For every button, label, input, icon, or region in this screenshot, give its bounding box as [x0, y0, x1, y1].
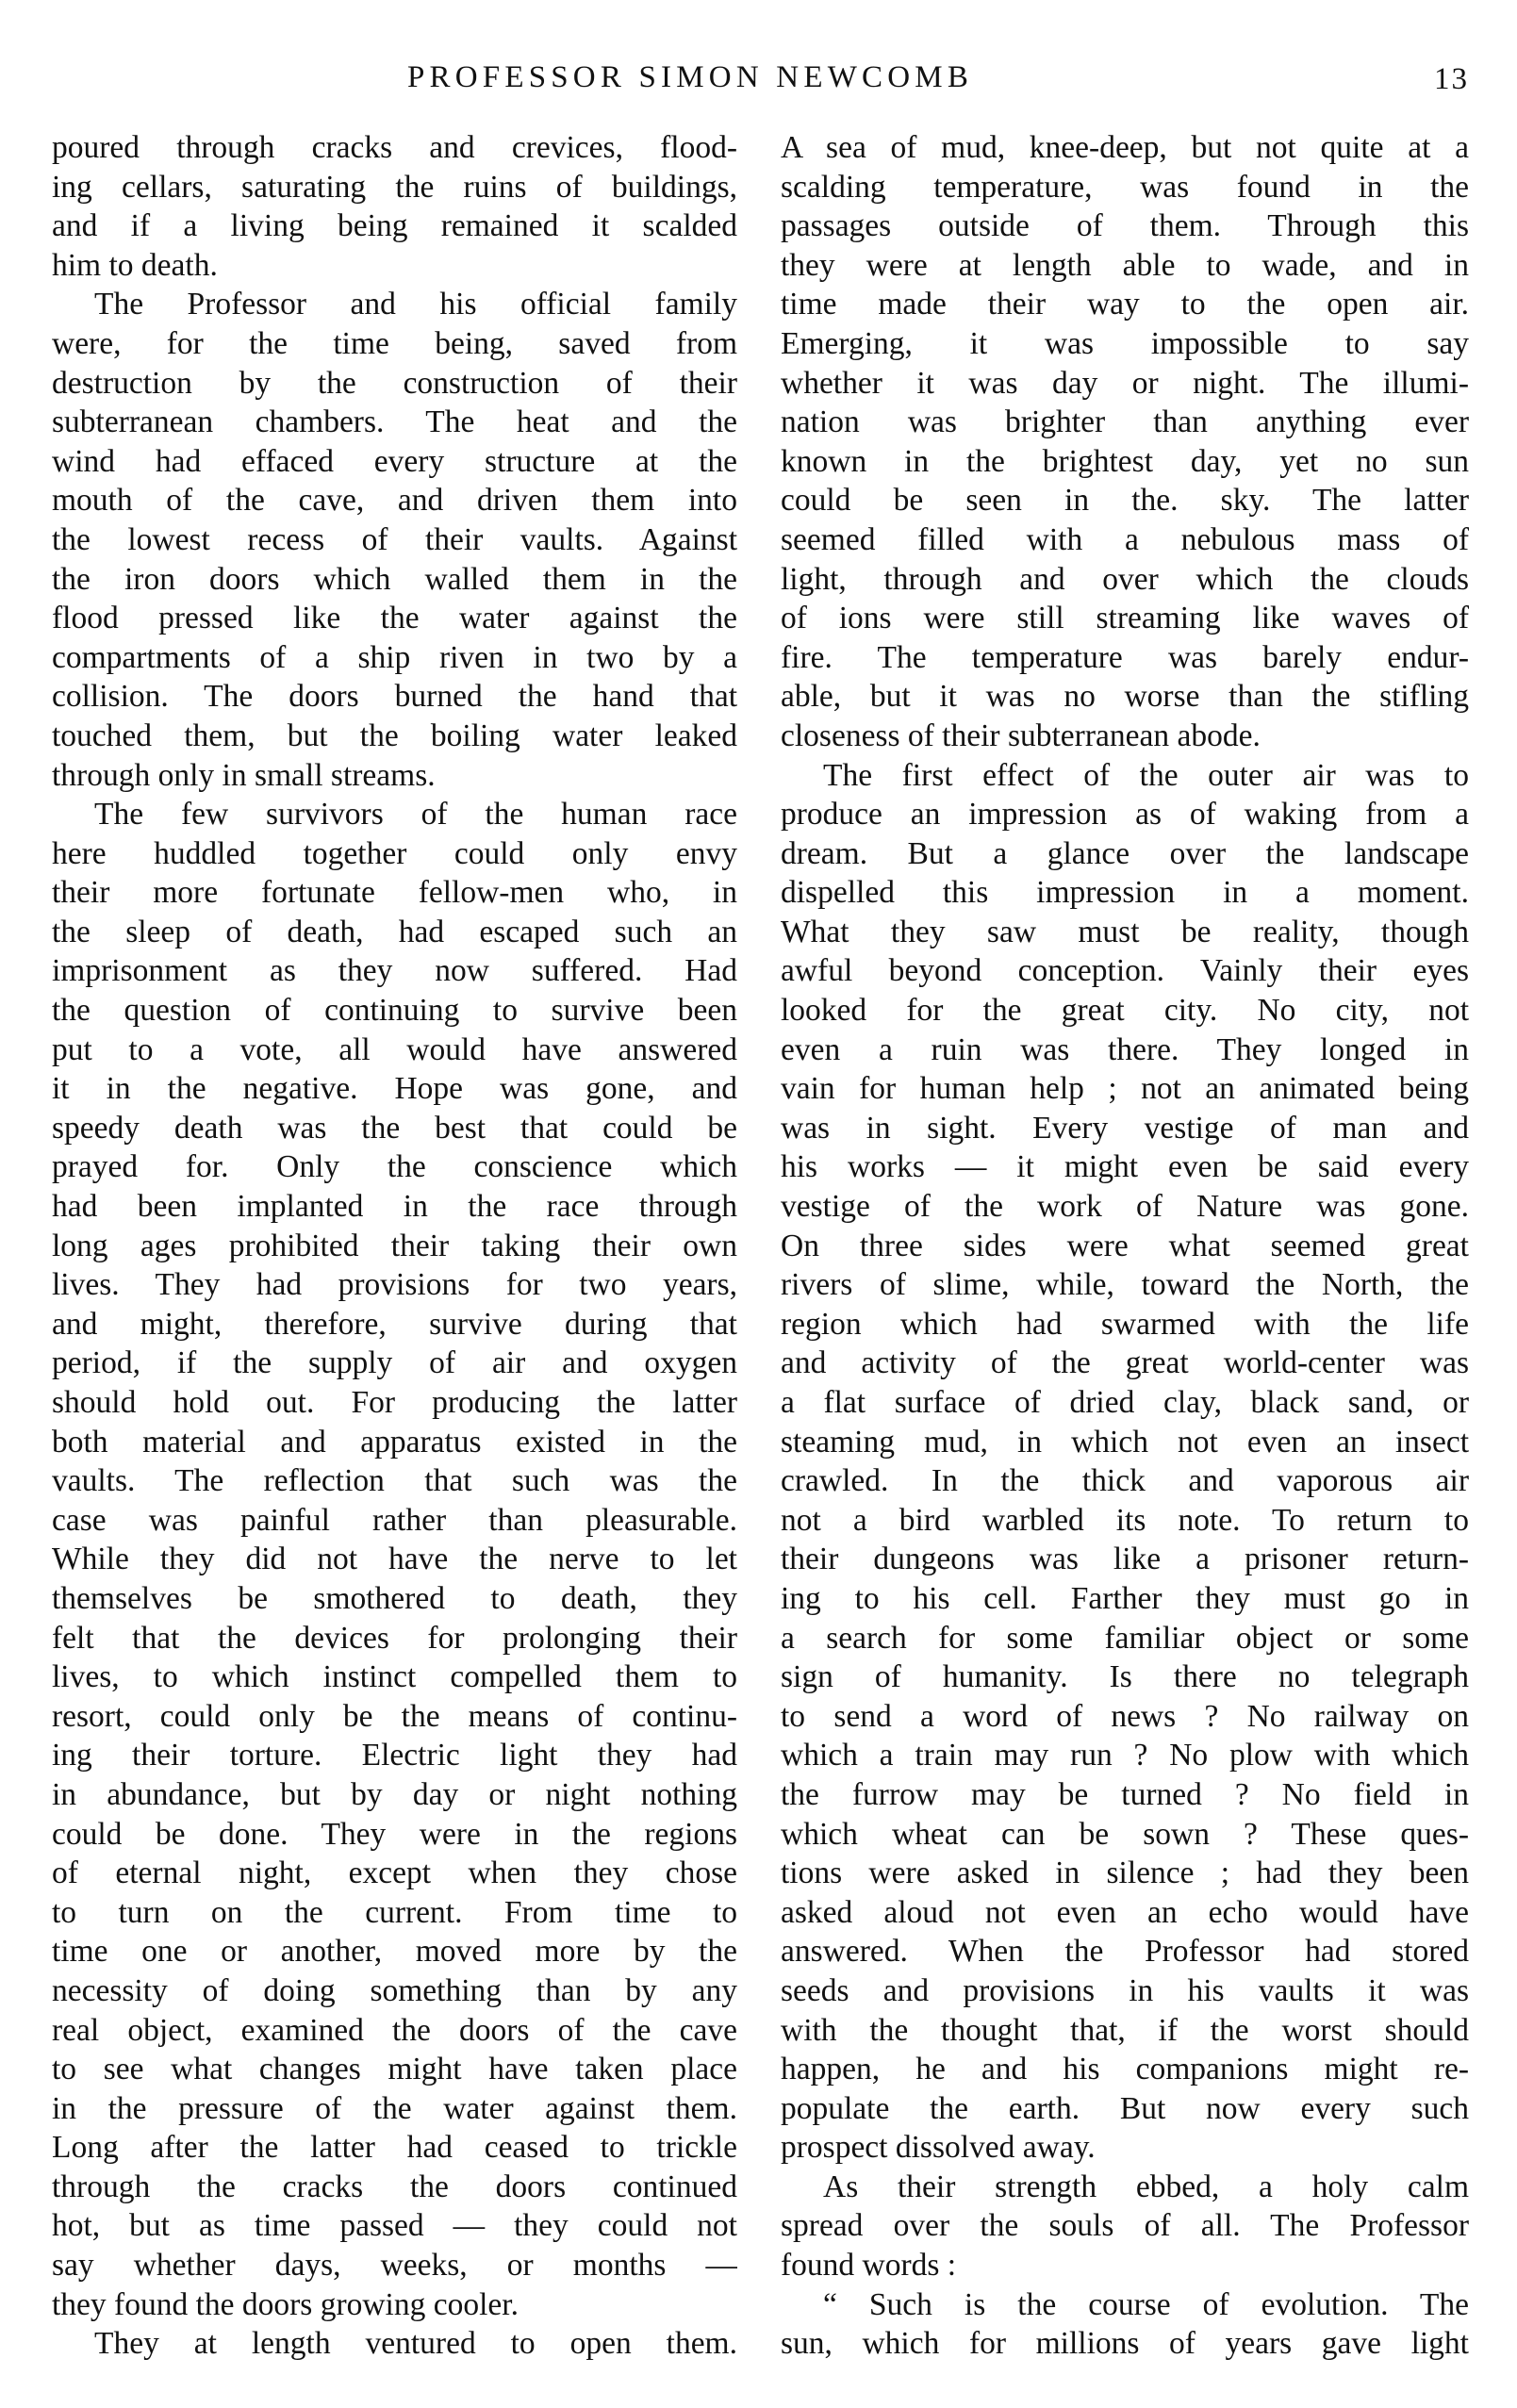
text-line: their dungeons was like a prisoner retur… [781, 1540, 1469, 1579]
text-line: collision. The doors burned the hand tha… [52, 677, 737, 717]
text-line: region which had swarmed with the life [781, 1305, 1469, 1344]
text-line: looked for the great city. No city, not [781, 991, 1469, 1031]
text-line: they were at length able to wade, and in [781, 246, 1469, 286]
text-line: rivers of slime, while, toward the North… [781, 1265, 1469, 1305]
text-line: and might, therefore, survive during tha… [52, 1305, 737, 1344]
text-line: put to a vote, all would have answered [52, 1031, 737, 1070]
text-line: to see what changes might have taken pla… [52, 2050, 737, 2089]
text-line: ing to his cell. Farther they must go in [781, 1579, 1469, 1619]
text-line: prayed for. Only the conscience which [52, 1147, 737, 1187]
text-line: As their strength ebbed, a holy calm [781, 2168, 1469, 2207]
text-line: sun, which for millions of years gave li… [781, 2324, 1469, 2364]
text-line: light, through and over which the clouds [781, 560, 1469, 600]
right-column: A sea of mud, knee-deep, but not quite a… [781, 128, 1469, 2364]
text-line: themselves be smothered to death, they [52, 1579, 737, 1619]
text-line: They at length ventured to open them. [52, 2324, 737, 2364]
text-line: case was painful rather than pleasurable… [52, 1501, 737, 1541]
text-line: both material and apparatus existed in t… [52, 1423, 737, 1462]
text-line: which wheat can be sown ? These ques- [781, 1815, 1469, 1855]
text-line: vaults. The reflection that such was the [52, 1461, 737, 1501]
text-line: long ages prohibited their taking their … [52, 1227, 737, 1266]
text-line: speedy death was the best that could be [52, 1109, 737, 1148]
text-line: spread over the souls of all. The Profes… [781, 2206, 1469, 2246]
text-line: “ Such is the course of evolution. The [781, 2285, 1469, 2325]
text-line: the iron doors which walled them in the [52, 560, 737, 600]
text-line: ing cellars, saturating the ruins of bui… [52, 168, 737, 207]
text-line: it in the negative. Hope was gone, and [52, 1069, 737, 1109]
text-line: resort, could only be the means of conti… [52, 1697, 737, 1737]
text-line: The Professor and his official family [52, 285, 737, 324]
text-line: of eternal night, except when they chose [52, 1854, 737, 1893]
text-line: say whether days, weeks, or months — [52, 2246, 737, 2285]
text-line: asked aloud not even an echo would have [781, 1893, 1469, 1933]
text-line: the sleep of death, had escaped such an [52, 913, 737, 952]
text-line: they found the doors growing cooler. [52, 2285, 737, 2325]
text-line: even a ruin was there. They longed in [781, 1031, 1469, 1070]
text-line: flood pressed like the water against the [52, 599, 737, 638]
text-line: imprisonment as they now suffered. Had [52, 951, 737, 991]
text-line: A sea of mud, knee-deep, but not quite a… [781, 128, 1469, 168]
text-line: touched them, but the boiling water leak… [52, 717, 737, 756]
text-line: their more fortunate fellow-men who, in [52, 873, 737, 913]
text-line: wind had effaced every structure at the [52, 442, 737, 482]
text-line: time made their way to the open air. [781, 285, 1469, 324]
text-line: vain for human help ; not an animated be… [781, 1069, 1469, 1109]
text-line: sign of humanity. Is there no telegraph [781, 1658, 1469, 1697]
text-line: in abundance, but by day or night nothin… [52, 1775, 737, 1815]
text-line: and activity of the great world-center w… [781, 1344, 1469, 1383]
text-line: here huddled together could only envy [52, 834, 737, 874]
text-line: with the thought that, if the worst shou… [781, 2011, 1469, 2051]
text-line: The few survivors of the human race [52, 795, 737, 834]
text-line: dispelled this impression in a moment. [781, 873, 1469, 913]
left-column: poured through cracks and crevices, floo… [52, 128, 737, 2364]
page-number: 13 [1434, 60, 1469, 98]
text-line: was in sight. Every vestige of man and [781, 1109, 1469, 1148]
text-line: produce an impression as of waking from … [781, 795, 1469, 834]
text-line: whether it was day or night. The illumi- [781, 364, 1469, 404]
text-line: The first effect of the outer air was to [781, 756, 1469, 796]
text-line: a flat surface of dried clay, black sand… [781, 1383, 1469, 1423]
text-line: had been implanted in the race through [52, 1187, 737, 1227]
text-line: which a train may run ? No plow with whi… [781, 1736, 1469, 1775]
text-line: fire. The temperature was barely endur- [781, 638, 1469, 678]
text-line: mouth of the cave, and driven them into [52, 481, 737, 520]
text-line: through the cracks the doors continued [52, 2168, 737, 2207]
text-line: compartments of a ship riven in two by a [52, 638, 737, 678]
text-line: scalding temperature, was found in the [781, 168, 1469, 207]
text-line: seeds and provisions in his vaults it wa… [781, 1971, 1469, 2011]
text-line: known in the brightest day, yet no sun [781, 442, 1469, 482]
text-line: a search for some familiar object or som… [781, 1619, 1469, 1658]
text-line: able, but it was no worse than the stifl… [781, 677, 1469, 717]
text-line: While they did not have the nerve to let [52, 1540, 737, 1579]
text-line: On three sides were what seemed great [781, 1227, 1469, 1266]
text-line: lives, to which instinct compelled them … [52, 1658, 737, 1697]
text-line: awful beyond conception. Vainly their ey… [781, 951, 1469, 991]
text-line: What they saw must be reality, though [781, 913, 1469, 952]
text-line: destruction by the construction of their [52, 364, 737, 404]
text-line: poured through cracks and crevices, floo… [52, 128, 737, 168]
text-line: to turn on the current. From time to [52, 1893, 737, 1933]
text-line: ing their torture. Electric light they h… [52, 1736, 737, 1775]
text-line: necessity of doing something than by any [52, 1971, 737, 2011]
text-line: subterranean chambers. The heat and the [52, 403, 737, 442]
text-line: answered. When the Professor had stored [781, 1932, 1469, 1971]
text-line: his works — it might even be said every [781, 1147, 1469, 1187]
text-line: the furrow may be turned ? No field in [781, 1775, 1469, 1815]
text-line: seemed filled with a nebulous mass of [781, 520, 1469, 560]
text-line: real object, examined the doors of the c… [52, 2011, 737, 2051]
text-line: populate the earth. But now every such [781, 2089, 1469, 2129]
text-line: hot, but as time passed — they could not [52, 2206, 737, 2246]
text-line: were, for the time being, saved from [52, 324, 737, 364]
text-line: should hold out. For producing the latte… [52, 1383, 737, 1423]
text-line: prospect dissolved away. [781, 2128, 1469, 2168]
text-line: lives. They had provisions for two years… [52, 1265, 737, 1305]
text-line: time one or another, moved more by the [52, 1932, 737, 1971]
text-line: closeness of their subterranean abode. [781, 717, 1469, 756]
text-line: could be done. They were in the regions [52, 1815, 737, 1855]
text-line: dream. But a glance over the landscape [781, 834, 1469, 874]
text-line: of ions were still streaming like waves … [781, 599, 1469, 638]
text-line: happen, he and his companions might re- [781, 2050, 1469, 2089]
text-line: the lowest recess of their vaults. Again… [52, 520, 737, 560]
running-title: PROFESSOR SIMON NEWCOMB [407, 58, 973, 96]
text-line: vestige of the work of Nature was gone. [781, 1187, 1469, 1227]
text-line: passages outside of them. Through this [781, 206, 1469, 246]
text-line: not a bird warbled its note. To return t… [781, 1501, 1469, 1541]
text-line: tions were asked in silence ; had they b… [781, 1854, 1469, 1893]
text-line: Long after the latter had ceased to tric… [52, 2128, 737, 2168]
text-line: through only in small streams. [52, 756, 737, 796]
text-line: found words : [781, 2246, 1469, 2285]
text-line: felt that the devices for prolonging the… [52, 1619, 737, 1658]
text-line: to send a word of news ? No railway on [781, 1697, 1469, 1737]
text-line: crawled. In the thick and vaporous air [781, 1461, 1469, 1501]
text-line: nation was brighter than anything ever [781, 403, 1469, 442]
text-line: steaming mud, in which not even an insec… [781, 1423, 1469, 1462]
text-line: period, if the supply of air and oxygen [52, 1344, 737, 1383]
text-line: in the pressure of the water against the… [52, 2089, 737, 2129]
text-line: him to death. [52, 246, 737, 286]
running-head: PROFESSOR SIMON NEWCOMB 13 [0, 58, 1517, 96]
text-line: Emerging, it was impossible to say [781, 324, 1469, 364]
text-line: the question of continuing to survive be… [52, 991, 737, 1031]
text-line: could be seen in the. sky. The latter [781, 481, 1469, 520]
text-line: and if a living being remained it scalde… [52, 206, 737, 246]
